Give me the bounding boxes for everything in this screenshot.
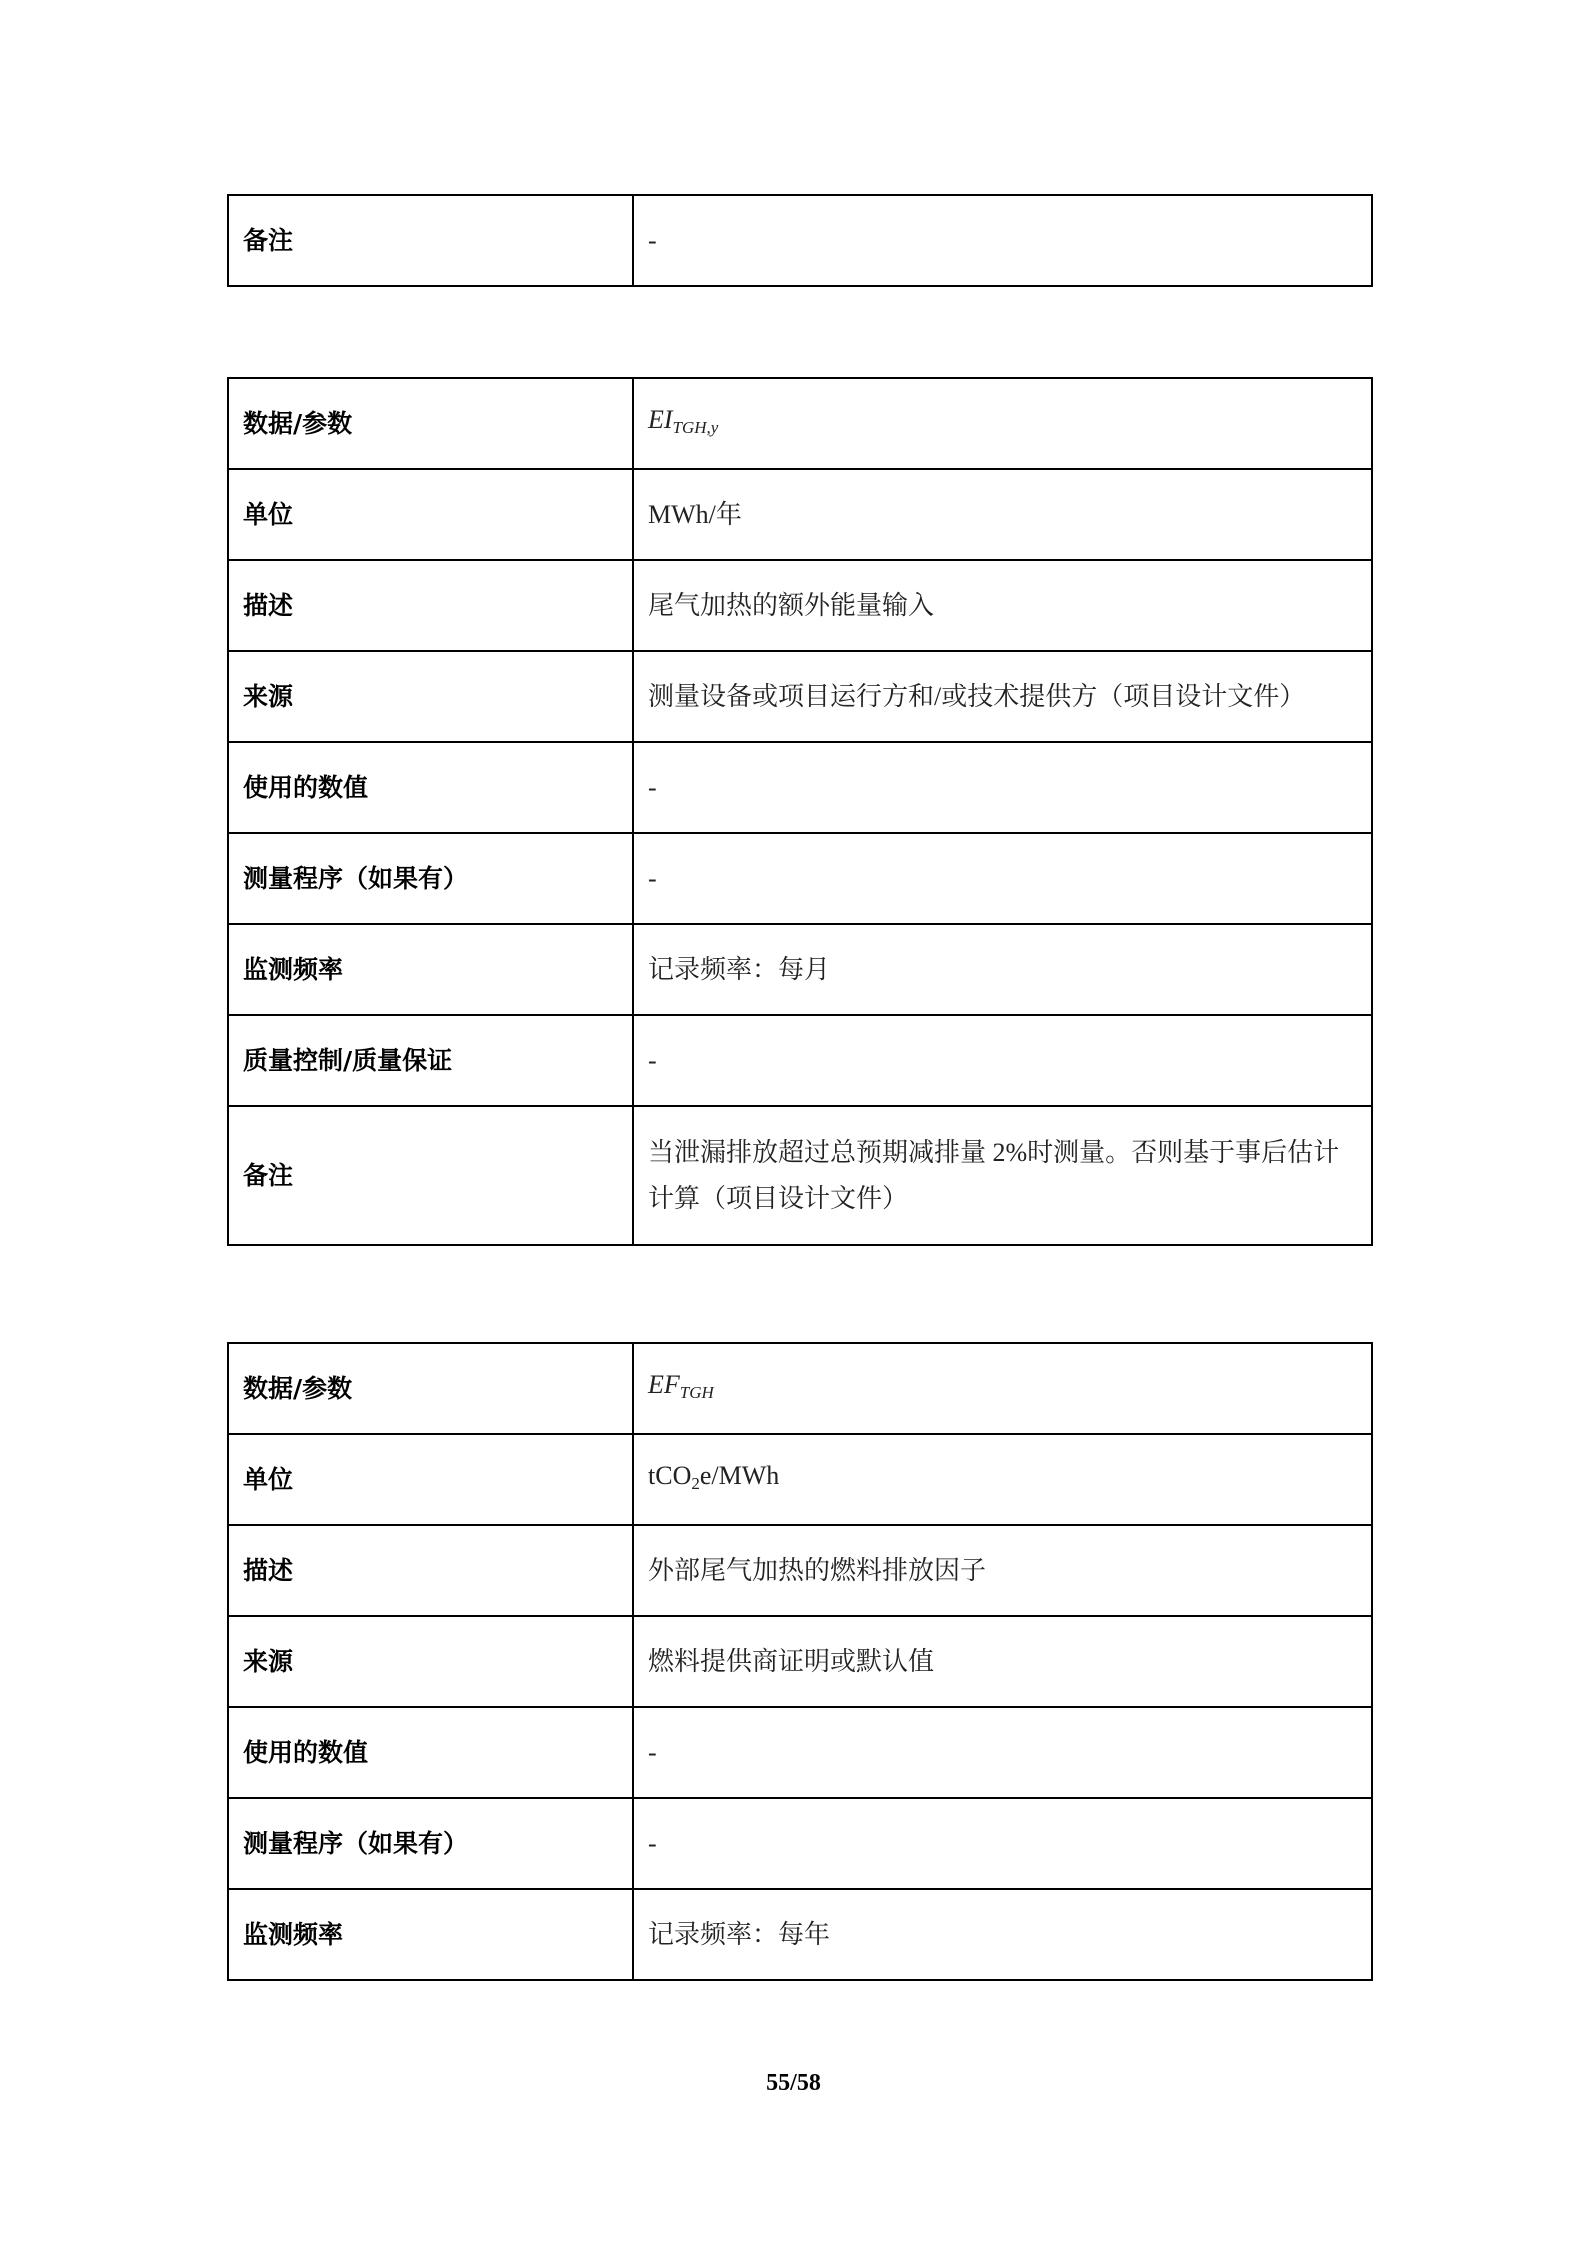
unit-post: e/MWh	[700, 1461, 779, 1490]
row-label: 来源	[228, 651, 633, 742]
row-label: 监测频率	[228, 1889, 633, 1980]
row-label: 来源	[228, 1616, 633, 1707]
row-value: -	[633, 1707, 1372, 1798]
row-value: -	[633, 195, 1372, 286]
symbol-base: EI	[648, 405, 673, 434]
table-row: 监测频率 记录频率：每月	[228, 924, 1372, 1015]
row-value: 燃料提供商证明或默认值	[633, 1616, 1372, 1707]
row-label: 单位	[228, 469, 633, 560]
row-label: 质量控制/质量保证	[228, 1015, 633, 1106]
parameter-table-ef-tgh: 数据/参数 EFTGH 单位 tCO2e/MWh 描述 外部尾气加热的燃料排放因…	[227, 1342, 1373, 1981]
table-row: 使用的数值 -	[228, 1707, 1372, 1798]
row-label: 数据/参数	[228, 378, 633, 469]
row-label: 测量程序（如果有）	[228, 833, 633, 924]
table-row: 数据/参数 EFTGH	[228, 1343, 1372, 1434]
row-value: 外部尾气加热的燃料排放因子	[633, 1525, 1372, 1616]
row-value: 尾气加热的额外能量输入	[633, 560, 1372, 651]
table-row: 单位 tCO2e/MWh	[228, 1434, 1372, 1525]
row-value: -	[633, 742, 1372, 833]
table-row: 描述 外部尾气加热的燃料排放因子	[228, 1525, 1372, 1616]
table-row: 来源 测量设备或项目运行方和/或技术提供方（项目设计文件）	[228, 651, 1372, 742]
table-row: 测量程序（如果有） -	[228, 1798, 1372, 1889]
param-symbol: EITGH,y	[633, 378, 1372, 469]
table-row: 监测频率 记录频率：每年	[228, 1889, 1372, 1980]
param-symbol: EFTGH	[633, 1343, 1372, 1434]
table-row: 数据/参数 EITGH,y	[228, 378, 1372, 469]
table-row: 使用的数值 -	[228, 742, 1372, 833]
row-label: 单位	[228, 1434, 633, 1525]
row-label: 数据/参数	[228, 1343, 633, 1434]
parameter-table-ei-tgh: 数据/参数 EITGH,y 单位 MWh/年 描述 尾气加热的额外能量输入 来源…	[227, 377, 1373, 1246]
unit-subscript: 2	[691, 1474, 700, 1493]
row-value: 记录频率：每年	[633, 1889, 1372, 1980]
table-row: 备注 -	[228, 195, 1372, 286]
table-row: 单位 MWh/年	[228, 469, 1372, 560]
table-row: 备注 当泄漏排放超过总预期减排量 2%时测量。否则基于事后估计计算（项目设计文件…	[228, 1106, 1372, 1245]
row-value: -	[633, 1015, 1372, 1106]
unit-pre: tCO	[648, 1461, 691, 1490]
row-label: 使用的数值	[228, 1707, 633, 1798]
row-value: -	[633, 833, 1372, 924]
row-value: 测量设备或项目运行方和/或技术提供方（项目设计文件）	[633, 651, 1372, 742]
table-row: 来源 燃料提供商证明或默认值	[228, 1616, 1372, 1707]
table-row: 测量程序（如果有） -	[228, 833, 1372, 924]
row-label: 监测频率	[228, 924, 633, 1015]
row-value: -	[633, 1798, 1372, 1889]
row-label: 描述	[228, 560, 633, 651]
unit-value: tCO2e/MWh	[633, 1434, 1372, 1525]
row-label: 描述	[228, 1525, 633, 1616]
row-value: MWh/年	[633, 469, 1372, 560]
row-value: 记录频率：每月	[633, 924, 1372, 1015]
row-label: 使用的数值	[228, 742, 633, 833]
table-row: 描述 尾气加热的额外能量输入	[228, 560, 1372, 651]
remarks-table-continued: 备注 -	[227, 194, 1373, 287]
row-label: 备注	[228, 195, 633, 286]
row-label: 测量程序（如果有）	[228, 1798, 633, 1889]
table-row: 质量控制/质量保证 -	[228, 1015, 1372, 1106]
symbol-subscript: TGH,y	[673, 418, 719, 437]
symbol-base: EF	[648, 1370, 680, 1399]
row-label: 备注	[228, 1106, 633, 1245]
row-value: 当泄漏排放超过总预期减排量 2%时测量。否则基于事后估计计算（项目设计文件）	[633, 1106, 1372, 1245]
page-number: 55/58	[0, 2070, 1587, 2097]
symbol-subscript: TGH	[680, 1383, 714, 1402]
